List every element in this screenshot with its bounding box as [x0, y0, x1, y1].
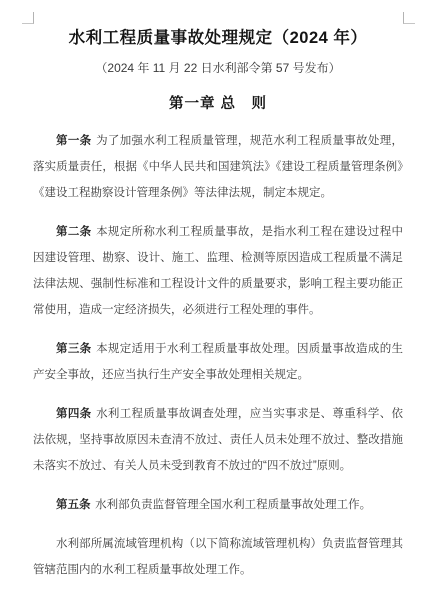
document-content: 水利工程质量事故处理规定（2024 年） （2024 年 11 月 22 日水利…: [0, 0, 436, 583]
chapter-heading: 第一章 总 则: [33, 94, 403, 114]
article-5-text: 水利部负责监督管理全国水利工程质量事故处理工作。: [95, 499, 371, 511]
article-1-label: 第一条: [56, 135, 91, 147]
document-page: 水利工程质量事故处理规定（2024 年） （2024 年 11 月 22 日水利…: [0, 0, 436, 610]
text-boundary-mark-top-right: [403, 12, 415, 24]
article-paragraph-4: 第四条水利工程质量事故调查处理，应当实事求是、尊重科学、依法依规，坚持事故原因未…: [33, 401, 403, 479]
article-paragraph-2: 第二条本规定所称水利工程质量事故，是指水利工程在建设过程中因建设管理、勘察、设计…: [33, 219, 403, 323]
document-body: 第一条为了加强水利工程质量管理，规范水利工程质量事故处理，落实质量责任，根据《中…: [33, 128, 403, 583]
article-6-text: 水利部所属流域管理机构（以下简称流域管理机构）负责监督管理其管辖范围内的水利工程…: [33, 538, 403, 576]
article-2-text: 本规定所称水利工程质量事故，是指水利工程在建设过程中因建设管理、勘察、设计、施工…: [33, 226, 403, 316]
document-subtitle: （2024 年 11 月 22 日水利部令第 57 号发布）: [33, 60, 403, 77]
article-paragraph-6: 水利部所属流域管理机构（以下简称流域管理机构）负责监督管理其管辖范围内的水利工程…: [33, 531, 403, 583]
article-paragraph-1: 第一条为了加强水利工程质量管理，规范水利工程质量事故处理，落实质量责任，根据《中…: [33, 128, 403, 206]
article-5-label: 第五条: [56, 499, 91, 511]
article-3-label: 第三条: [56, 343, 91, 355]
article-paragraph-5: 第五条水利部负责监督管理全国水利工程质量事故处理工作。: [33, 492, 403, 518]
article-4-label: 第四条: [56, 408, 91, 420]
text-boundary-mark-top-left: [22, 12, 34, 24]
article-paragraph-3: 第三条本规定适用于水利工程质量事故处理。因质量事故造成的生产安全事故，还应当执行…: [33, 336, 403, 388]
document-title: 水利工程质量事故处理规定（2024 年）: [33, 27, 403, 49]
article-2-label: 第二条: [56, 226, 91, 238]
